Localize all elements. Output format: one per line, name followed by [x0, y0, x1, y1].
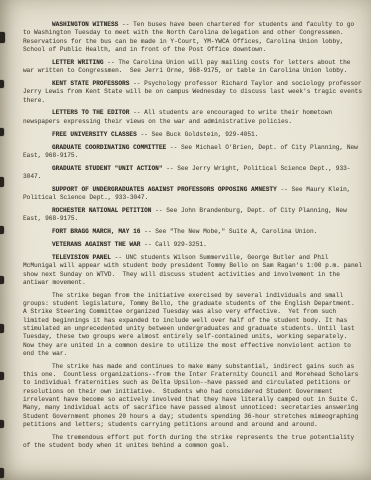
- paragraph-graduate-coordinating-committee: GRADUATE COORDINATING COMMITTEE -- See M…: [23, 144, 365, 161]
- scanned-document-page: WASHINGTON WITNESS -- Ten buses have bee…: [0, 0, 371, 480]
- paragraph-body: The strike has made and continues to mak…: [23, 363, 366, 428]
- paragraph-letters-to-editor: LETTERS TO THE EDITOR -- All students ar…: [23, 109, 365, 126]
- paragraph-heading: ROCHESTER NATIONAL PETITION: [52, 207, 152, 214]
- paragraph-heading: TELEVISION PANEL: [52, 254, 111, 261]
- paragraph-letter-writing: LETTER WRITING -- The Carolina Union wil…: [23, 59, 365, 76]
- paragraph-strike-began: The strike began from the initiative exe…: [23, 292, 365, 358]
- paragraph-heading: SUPPORT OF UNDERGRADUATES AGAINST PROFES…: [52, 186, 277, 193]
- paragraph-rochester-national-petition: ROCHESTER NATIONAL PETITION -- See John …: [23, 207, 365, 224]
- paragraph-kent-state-professors: KENT STATE PROFESSORS -- Psychology prof…: [23, 80, 365, 105]
- paragraph-tremendous-effort: The tremendous effort put forth during t…: [23, 434, 365, 451]
- paragraph-heading: KENT STATE PROFESSORS: [52, 80, 129, 87]
- paragraph-heading: LETTER WRITING: [52, 59, 104, 66]
- paragraph-heading: LETTERS TO THE EDITOR: [52, 109, 129, 116]
- paragraph-body: -- See "The New Mobe," Suite A, Carolina…: [140, 228, 317, 235]
- paragraph-television-panel: TELEVISION PANEL -- UNC students Wilson …: [23, 254, 365, 287]
- paragraph-heading: FORT BRAGG MARCH, MAY 16: [52, 228, 140, 235]
- paragraph-washington-witness: WASHINGTON WITNESS -- Ten buses have bee…: [23, 21, 365, 54]
- paragraph-veterans-against-war: VETERANS AGAINST THE WAR -- Call 929-325…: [23, 241, 365, 249]
- paragraph-body: The tremendous effort put forth during t…: [23, 434, 358, 449]
- paragraph-heading: FREE UNIVERSITY CLASSES: [52, 131, 137, 138]
- paragraph-support-of-undergraduates: SUPPORT OF UNDERGRADUATES AGAINST PROFES…: [23, 186, 365, 203]
- paragraph-body: -- See Buck Goldstein, 929-4051.: [137, 131, 259, 138]
- document-body-text: WASHINGTON WITNESS -- Ten buses have bee…: [0, 0, 371, 480]
- paragraph-free-university-classes: FREE UNIVERSITY CLASSES -- See Buck Gold…: [23, 131, 365, 139]
- paragraph-graduate-student-unit-action: GRADUATE STUDENT "UNIT ACTION" -- See Je…: [23, 165, 365, 182]
- paragraph-fort-bragg-march: FORT BRAGG MARCH, MAY 16 -- See "The New…: [23, 228, 365, 236]
- paragraph-heading: GRADUATE STUDENT "UNIT ACTION": [52, 165, 163, 172]
- paragraph-body: -- Call 929-3251.: [140, 241, 206, 248]
- paragraph-heading: VETERANS AGAINST THE WAR: [52, 241, 140, 248]
- paragraph-heading: WASHINGTON WITNESS: [52, 21, 118, 28]
- paragraph-heading: GRADUATE COORDINATING COMMITTEE: [52, 144, 166, 151]
- paragraph-strike-gains: The strike has made and continues to mak…: [23, 363, 365, 429]
- paragraph-body: The strike began from the initiative exe…: [23, 292, 362, 357]
